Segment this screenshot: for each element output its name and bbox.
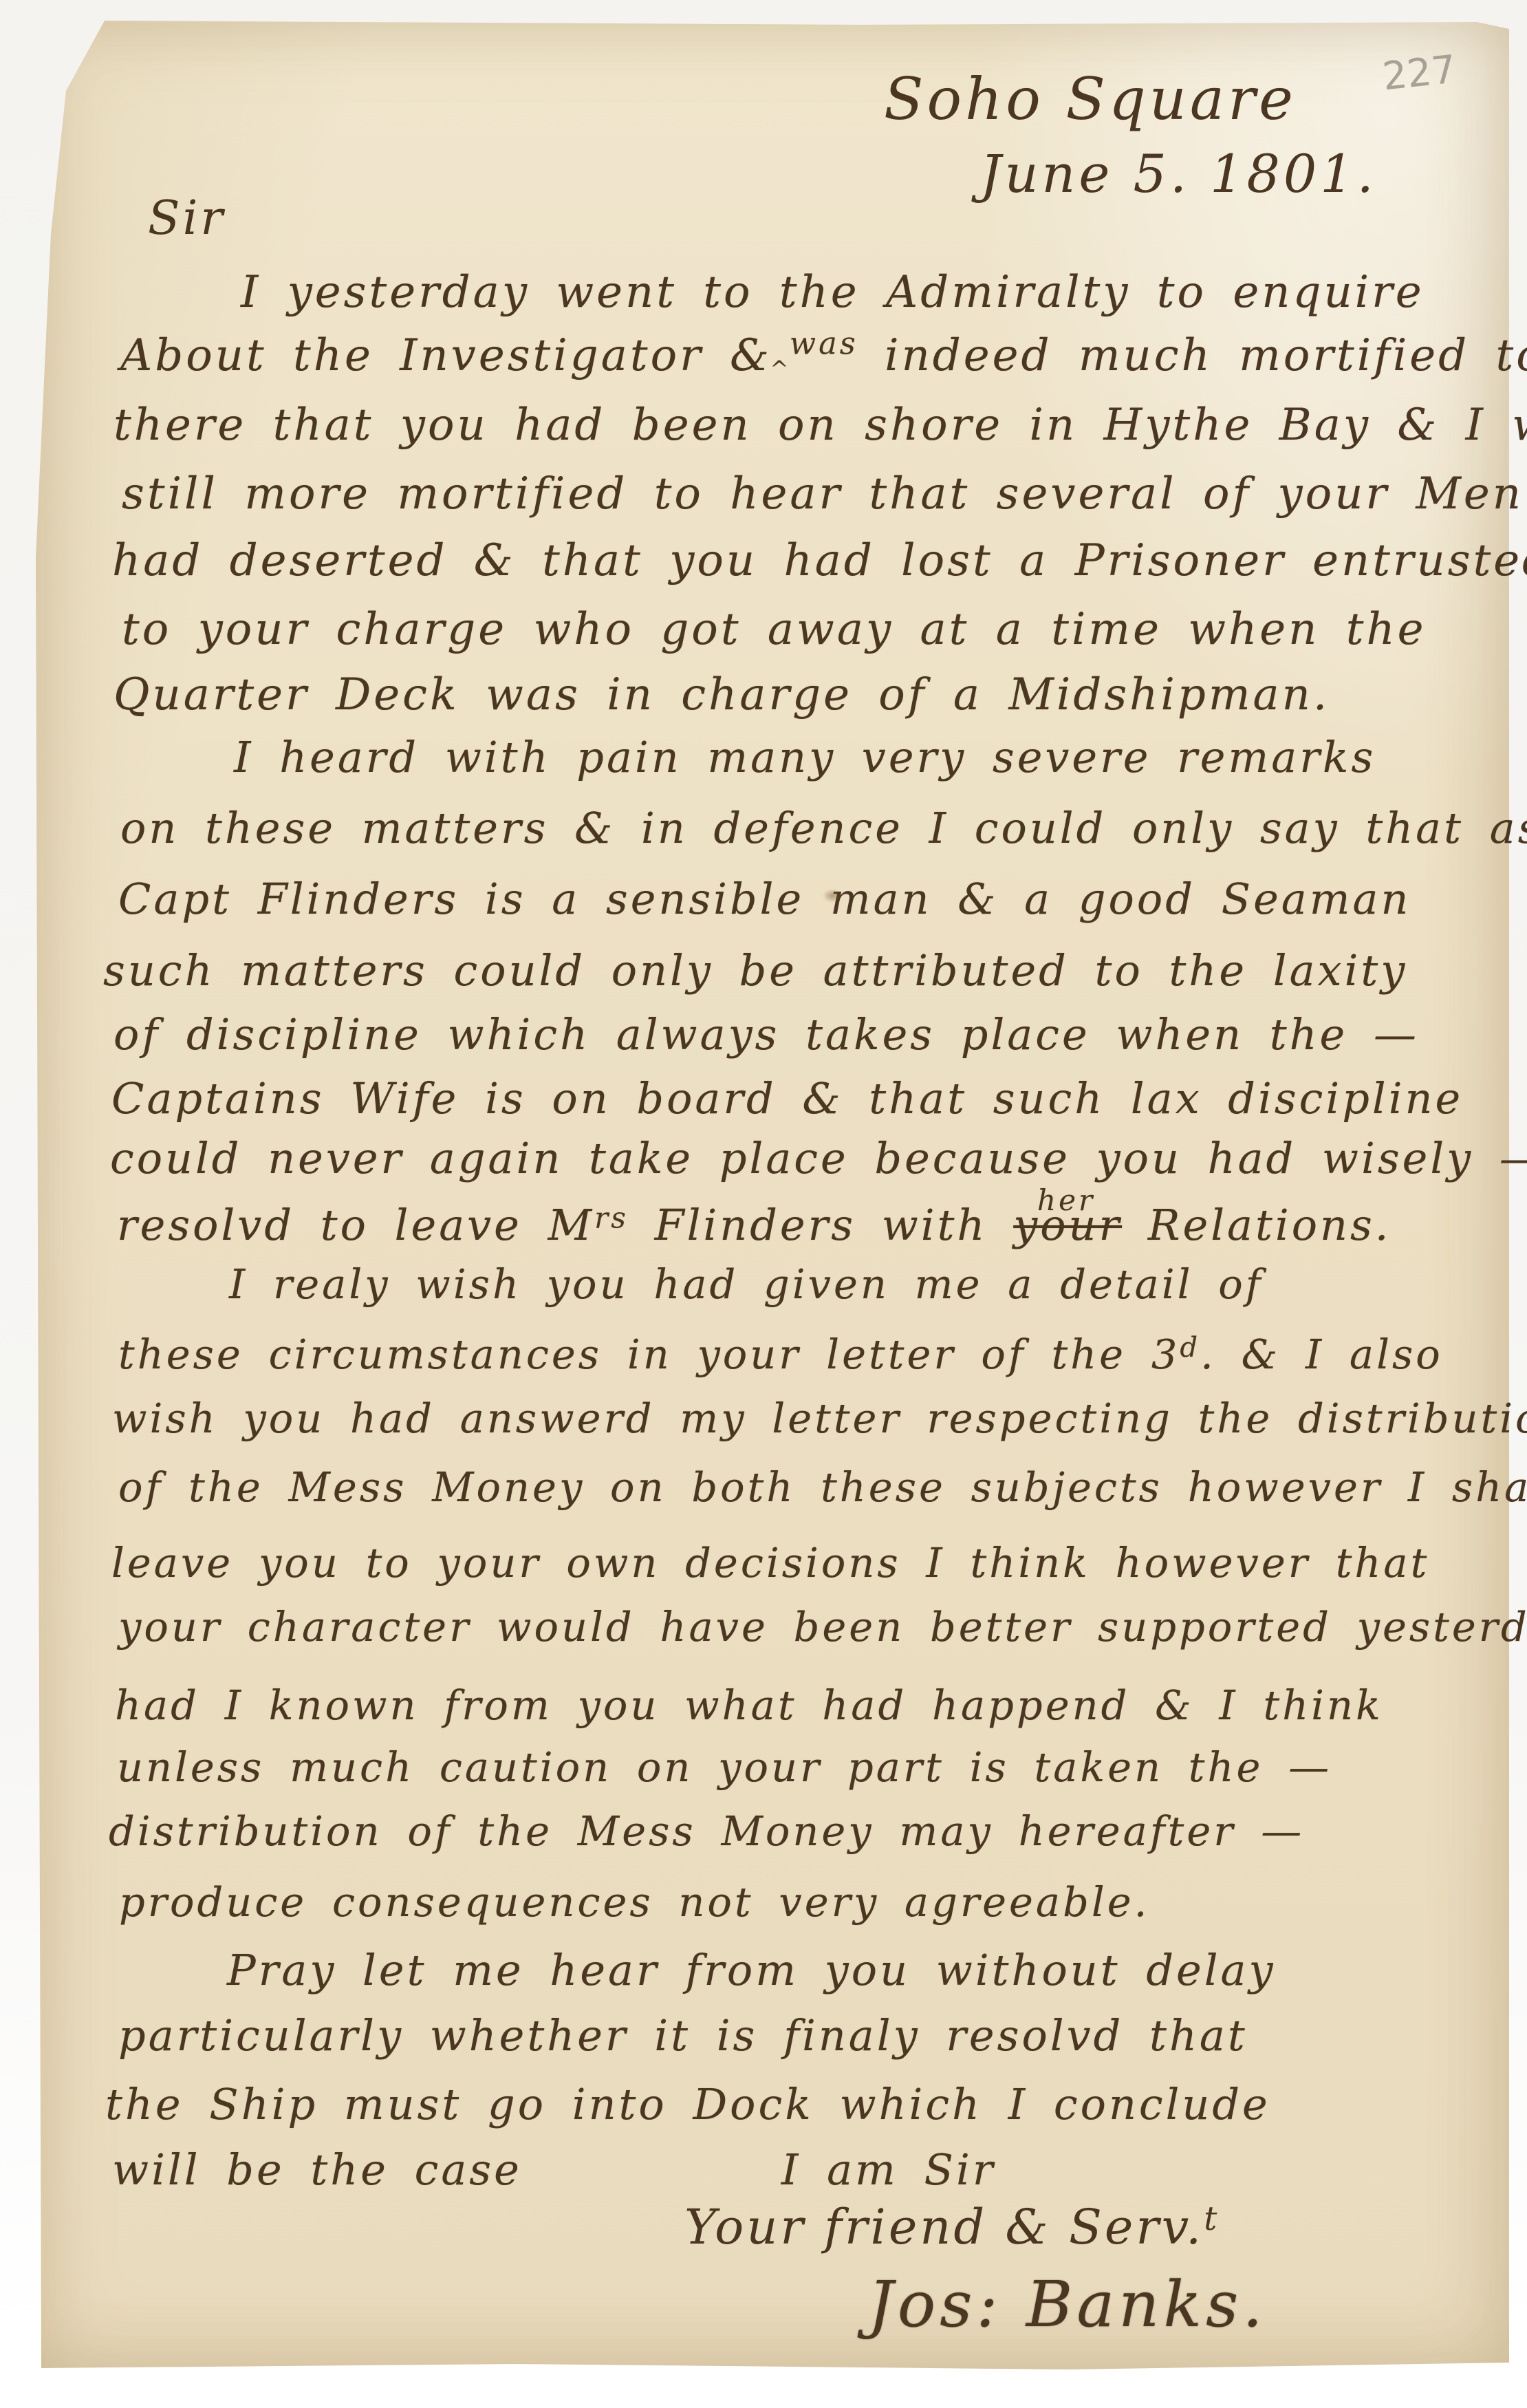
letter-line: I heard with pain many very severe remar… <box>234 734 1376 781</box>
letter-line: distribution of the Mess Money may herea… <box>109 1809 1304 1854</box>
letter-text: Flinders with <box>629 1200 1013 1250</box>
valediction-superscript: t <box>1204 2200 1220 2238</box>
letter-text: indeed much mortified to learn <box>858 330 1527 381</box>
letter-text: of the Mess Money on both these subjects… <box>118 1463 1527 1511</box>
letter-line: will be the case I am Sir <box>112 2147 995 2193</box>
signature: Jos: Banks. <box>868 2268 1267 2341</box>
scanned-letter-page: 227 Soho Square June 5. 1801. Sir I yest… <box>0 0 1527 2408</box>
letter-line: had I known from you what had happend & … <box>115 1684 1383 1728</box>
letter-text: of discipline which always takes place w… <box>113 1009 1419 1060</box>
letter-line: of discipline which always takes place w… <box>113 1011 1419 1058</box>
letter-text: still more mortified to hear that severa… <box>122 469 1524 519</box>
letter-text: particularly whether it is finaly resolv… <box>118 2010 1248 2061</box>
letter-line: the Ship must go into Dock which I concl… <box>105 2081 1270 2128</box>
letter-text: Relations. <box>1122 1200 1391 1250</box>
letter-text: could never again take place because you… <box>110 1133 1527 1183</box>
letter-text: these circumstances in your letter of th… <box>118 1331 1180 1378</box>
letter-text: distribution of the Mess Money may herea… <box>109 1807 1304 1855</box>
superscript: rs <box>594 1202 629 1234</box>
letter-line: your character would have been better su… <box>118 1605 1527 1650</box>
letter-text: Captains Wife is on board & that such la… <box>111 1073 1463 1124</box>
letter-text: had deserted & that you had lost a Priso… <box>112 535 1527 586</box>
letter-line: About the Investigator &^was indeed much… <box>120 332 1527 380</box>
letter-text: will be the case I am Sir <box>112 2144 995 2195</box>
letter-text: such matters could only be attributed to… <box>103 945 1407 996</box>
letter-line: of the Mess Money on both these subjects… <box>118 1465 1527 1510</box>
letter-line: had deserted & that you had lost a Priso… <box>112 537 1527 585</box>
letter-line: still more mortified to hear that severa… <box>122 470 1524 518</box>
letter-date: June 5. 1801. <box>980 143 1377 204</box>
letter-text: unless much caution on your part is take… <box>117 1743 1332 1791</box>
letter-line: resolvd to leave Mrs Flinders with heryo… <box>117 1202 1391 1249</box>
letter-text: About the Investigator & <box>120 330 772 381</box>
letter-place: Soho Square <box>884 65 1297 133</box>
letter-line: Pray let me hear from you without delay <box>227 1947 1276 1994</box>
letter-text: . & I also <box>1200 1331 1443 1378</box>
interlinear-insertion: was <box>790 327 858 361</box>
letter-text: leave you to your own decisions I think … <box>111 1539 1429 1587</box>
superscript: d <box>1180 1333 1200 1363</box>
letter-line: such matters could only be attributed to… <box>103 947 1407 994</box>
letter-line: leave you to your own decisions I think … <box>111 1541 1429 1586</box>
letter-text: I heard with pain many very severe remar… <box>234 732 1376 782</box>
letter-text: to your charge who got away at a time wh… <box>122 604 1427 655</box>
letter-text: Quarter Deck was in charge of a Midshipm… <box>113 669 1330 720</box>
letter-text: resolvd to leave M <box>117 1200 594 1250</box>
letter-line: could never again take place because you… <box>110 1135 1527 1182</box>
letter-text: your character would have been better su… <box>118 1603 1527 1651</box>
letter-text: I realy wish you had given me a detail o… <box>229 1260 1264 1308</box>
letter-line: there that you had been on shore in Hyth… <box>113 401 1527 449</box>
letter-text: produce consequences not very agreeable. <box>119 1878 1149 1926</box>
letter-line: Quarter Deck was in charge of a Midshipm… <box>113 671 1330 719</box>
letter-line: unless much caution on your part is take… <box>117 1745 1332 1790</box>
insertion-caret: ^ <box>770 357 791 381</box>
letter-line: on these matters & in defence I could on… <box>120 805 1527 852</box>
struck-word-wrap: heryour <box>1013 1202 1122 1249</box>
letter-text: Capt Flinders is a sensible man & a good… <box>118 874 1411 924</box>
letter-body: 227 Soho Square June 5. 1801. Sir I yest… <box>0 0 1527 2408</box>
letter-line: I yesterday went to the Admiralty to enq… <box>241 268 1425 316</box>
letter-line: Capt Flinders is a sensible man & a good… <box>118 876 1411 923</box>
letter-text: wish you had answerd my letter respectin… <box>112 1395 1527 1442</box>
valediction-text: Your friend & Serv. <box>684 2199 1204 2255</box>
letter-text: I yesterday went to the Admiralty to enq… <box>241 267 1425 318</box>
letter-text: had I known from you what had happend & … <box>115 1681 1383 1729</box>
letter-text: the Ship must go into Dock which I concl… <box>105 2079 1270 2129</box>
letter-line: to your charge who got away at a time wh… <box>122 605 1427 654</box>
ink-stain <box>823 889 842 903</box>
pencil-folio-number: 227 <box>1380 47 1458 100</box>
interlinear-insertion: her <box>1037 1185 1095 1216</box>
letter-text: there that you had been on shore in Hyth… <box>113 400 1527 451</box>
letter-line: wish you had answerd my letter respectin… <box>112 1397 1527 1441</box>
letter-line: these circumstances in your letter of th… <box>118 1333 1443 1377</box>
letter-line: Captains Wife is on board & that such la… <box>111 1075 1463 1122</box>
valediction: Your friend & Serv.t <box>684 2199 1220 2255</box>
letter-line: produce consequences not very agreeable. <box>119 1880 1149 1925</box>
letter-line: I realy wish you had given me a detail o… <box>229 1262 1264 1307</box>
letter-line: particularly whether it is finaly resolv… <box>118 2012 1248 2059</box>
letter-text: on these matters & in defence I could on… <box>120 803 1527 853</box>
salutation: Sir <box>148 191 226 246</box>
letter-text: Pray let me hear from you without delay <box>227 1945 1276 1995</box>
